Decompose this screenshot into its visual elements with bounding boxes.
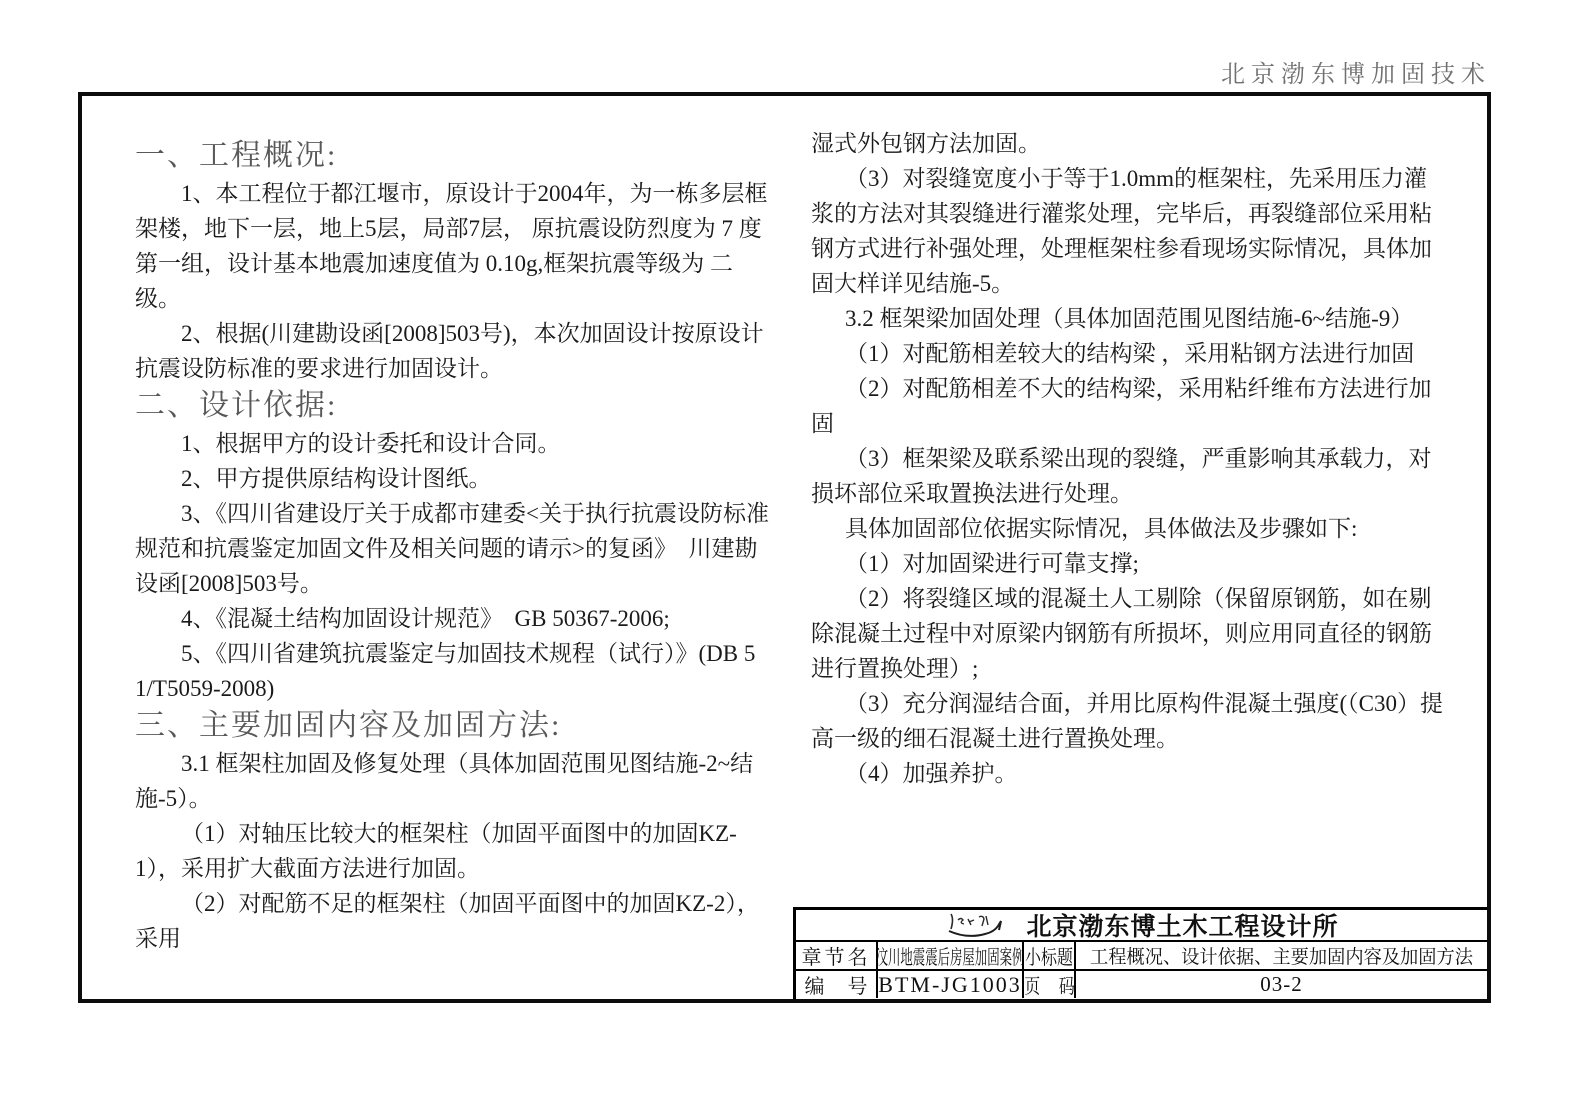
page-value: 03-2 xyxy=(1260,972,1303,997)
chapter-value: 汶川地震震后房屋加固案例 xyxy=(878,942,1024,969)
number-label: 编 号 xyxy=(805,971,868,998)
paragraph: 1、根据甲方的设计委托和设计合同。 xyxy=(135,426,769,461)
page-label-cell: 页 码 xyxy=(1024,971,1076,998)
company-name: 北京渤东博土木工程设计所 xyxy=(1026,907,1338,943)
chapter-value-cell: 汶川地震震后房屋加固案例 xyxy=(878,942,1024,969)
paragraph: 5、《四川省建筑抗震鉴定与加固技术规程（试行）》(DB 51/T5059-200… xyxy=(135,636,769,706)
number-value: BTM-JG1003 xyxy=(878,972,1021,998)
title-block: 北京渤东博土木工程设计所 章节名 汶川地震震后房屋加固案例 小标题 工程概况、设… xyxy=(793,907,1487,999)
paragraph: 1、本工程位于都江堰市，原设计于2004年，为一栋多层框架楼，地下一层，地上5层… xyxy=(135,176,769,316)
paragraph: （4）加强养护。 xyxy=(811,756,1447,791)
page-label: 页 码 xyxy=(1024,971,1074,998)
paragraph: 具体加固部位依据实际情况，具体做法及步骤如下: xyxy=(811,511,1447,546)
subtitle-value: 工程概况、设计依据、主要加固内容及加固方法 xyxy=(1090,942,1473,969)
chapter-label: 章节名 xyxy=(802,942,871,969)
paragraph: 3.1 框架柱加固及修复处理（具体加固范围见图结施-2~结施-5）。 xyxy=(135,746,769,816)
chapter-label-cell: 章节名 xyxy=(796,942,878,969)
paragraph: （1）对配筋相差较大的结构梁 ，采用粘钢方法进行加固 xyxy=(811,336,1447,371)
paragraph: 3、《四川省建设厅关于成都市建委<关于执行抗震设防标准规范和抗震鉴定加固文件及相… xyxy=(135,496,769,601)
paragraph: （2）对配筋不足的框架柱（加固平面图中的加固KZ-2），采用 xyxy=(135,886,769,956)
subtitle-label: 小标题 xyxy=(1025,942,1073,969)
right-column: 湿式外包钢方法加固。 （3）对裂缝宽度小于等于1.0mm的框架柱，先采用压力灌浆… xyxy=(811,126,1447,791)
section-heading-1: 一、工程概况: xyxy=(135,136,769,176)
paragraph: （2）将裂缝区域的混凝土人工剔除（保留原钢筋，如在剔除混凝土过程中对原梁内钢筋有… xyxy=(811,581,1447,686)
page-header-brand: 北京渤东博加固技术 xyxy=(1221,54,1491,89)
paragraph: 4、《混凝土结构加固设计规范》 GB 50367-2006; xyxy=(135,601,769,636)
paragraph: （2）对配筋相差不大的结构梁，采用粘纤维布方法进行加固 xyxy=(811,371,1447,441)
subtitle-label-cell: 小标题 xyxy=(1024,942,1076,969)
paragraph: （1）对加固梁进行可靠支撑; xyxy=(811,546,1447,581)
paragraph: 湿式外包钢方法加固。 xyxy=(811,126,1447,161)
number-value-cell: BTM-JG1003 xyxy=(878,971,1024,998)
section-heading-2: 二、设计依据: xyxy=(135,386,769,426)
paragraph: （3）充分润湿结合面，并用比原构件混凝土强度(（C30）提高一级的细石混凝土进行… xyxy=(811,686,1447,756)
paragraph: （3）框架梁及联系梁出现的裂缝，严重影响其承载力，对损坏部位采取置换法进行处理。 xyxy=(811,441,1447,511)
paragraph: 3.2 框架梁加固处理（具体加固范围见图结施-6~结施-9） xyxy=(811,301,1447,336)
paragraph: （1）对轴压比较大的框架柱（加固平面图中的加固KZ-1），采用扩大截面方法进行加… xyxy=(135,816,769,886)
section-heading-3: 三、主要加固内容及加固方法: xyxy=(135,706,769,746)
number-label-cell: 编 号 xyxy=(796,971,878,998)
title-block-row-number: 编 号 BTM-JG1003 页 码 03-2 xyxy=(796,971,1487,998)
left-column: 一、工程概况: 1、本工程位于都江堰市，原设计于2004年，为一栋多层框架楼，地… xyxy=(135,136,769,956)
paragraph: 2、甲方提供原结构设计图纸。 xyxy=(135,461,769,496)
paragraph: 2、根据(川建勘设函[2008]503号)，本次加固设计按原设计抗震设防标准的要… xyxy=(135,316,769,386)
title-block-row-chapter: 章节名 汶川地震震后房屋加固案例 小标题 工程概况、设计依据、主要加固内容及加固… xyxy=(796,942,1487,971)
signature-scribble-icon xyxy=(944,911,1014,939)
sheet-border: 一、工程概况: 1、本工程位于都江堰市，原设计于2004年，为一栋多层框架楼，地… xyxy=(78,92,1491,1003)
title-block-company-row: 北京渤东博土木工程设计所 xyxy=(796,910,1487,942)
paragraph: （3）对裂缝宽度小于等于1.0mm的框架柱，先采用压力灌浆的方法对其裂缝进行灌浆… xyxy=(811,161,1447,301)
page-value-cell: 03-2 xyxy=(1076,971,1487,998)
subtitle-value-cell: 工程概况、设计依据、主要加固内容及加固方法 xyxy=(1076,942,1487,969)
